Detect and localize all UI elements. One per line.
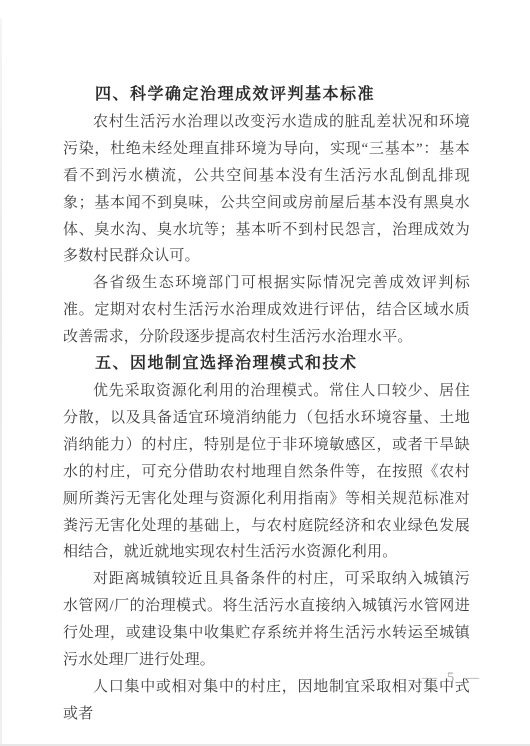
page-number: — 5 — bbox=[422, 667, 482, 689]
body-paragraph: 各省级生态环境部门可根据实际情况完善成效评判标准。定期对农村生活污水治理成效进行… bbox=[63, 270, 470, 351]
body-paragraph: 农村生活污水治理以改变污水造成的脏乱差状况和环境污染，杜绝未经处理直排环境为导向… bbox=[63, 109, 470, 270]
section-heading: 四、科学确定治理成效评判基本标准 bbox=[63, 82, 470, 109]
scan-edge-left-artifact bbox=[0, 18, 2, 746]
document-content: 四、科学确定治理成效评判基本标准农村生活污水治理以改变污水造成的脏乱差状况和环境… bbox=[63, 82, 470, 728]
body-paragraph: 对距离城镇较近且具备条件的村庄，可采取纳入城镇污水管网/厂的治理模式。将生活污水… bbox=[63, 566, 470, 674]
section-heading: 五、因地制宜选择治理模式和技术 bbox=[63, 351, 470, 378]
body-paragraph: 优先采取资源化利用的治理模式。常住人口较少、居住分散，以及具备适宜环境消纳能力（… bbox=[63, 378, 470, 566]
body-paragraph: 人口集中或相对集中的村庄，因地制宜采取相对集中式或者 bbox=[63, 674, 470, 728]
